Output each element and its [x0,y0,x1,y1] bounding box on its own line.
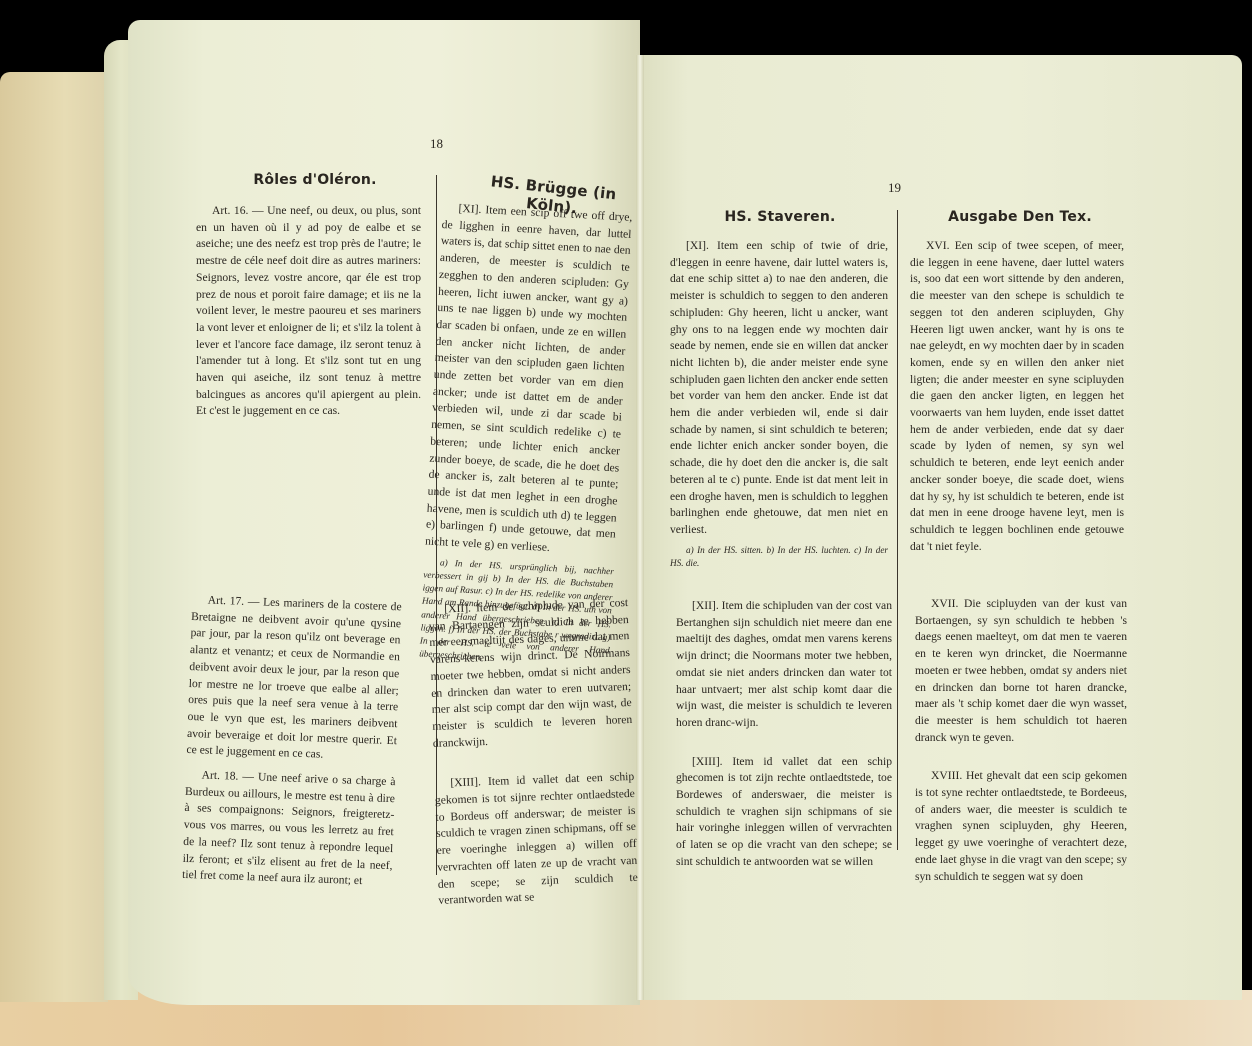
section-xvii-den-tex: XVII. Die scipluyden van der kust van Bo… [915,596,1127,746]
page-number-left: 18 [430,136,443,152]
column-hs-staveren: [XI]. Item een schip of twie of drie, d'… [670,238,888,570]
section-xi-brugge: [XI]. Item een scip off twe off drye, de… [425,200,633,560]
article-16: Art. 16. — Une neef, ou deux, ou plus, s… [196,203,421,420]
page-number-right: 19 [888,180,901,196]
section-xi-staveren: [XI]. Item een schip of twie of drie, d'… [670,238,888,539]
column-den-tex: XVI. Een scip of twee scepen, of meer, d… [910,238,1124,555]
section-xiii-staveren: [XIII]. Item id vallet dat een schip ghe… [676,754,892,871]
column-roles-oleron-lower: Art. 17. — Les mariners de la costere de… [182,592,402,891]
section-xii-brugge: [XII]. Item de schiplude van der cost va… [428,595,633,752]
column-den-tex-lower: XVII. Die scipluyden van der kust van Bo… [915,596,1127,885]
column-divider-right [897,210,898,850]
column-title-roles-oleron: Rôles d'Oléron. [200,172,430,188]
section-xviii-den-tex: XVIII. Het ghevalt dat een scip gekomen … [915,768,1127,885]
footnotes-staveren: a) In der HS. sitten. b) In der HS. luch… [670,544,888,570]
column-title-hs-staveren: HS. Staveren. [670,209,890,225]
section-xii-staveren: [XII]. Item die schipluden van der cost … [676,598,892,732]
column-roles-oleron: Art. 16. — Une neef, ou deux, ou plus, s… [196,203,421,420]
article-18: Art. 18. — Une neef arive o sa charge à … [182,767,396,891]
column-hs-staveren-lower: [XII]. Item die schipluden van der cost … [676,598,892,871]
article-17: Art. 17. — Les mariners de la costere de… [186,592,402,766]
section-xvi-den-tex: XVI. Een scip of twee scepen, of meer, d… [910,238,1124,555]
back-cover-page [0,72,108,1002]
column-hs-brugge-lower: [XII]. Item de schiplude van der cost va… [428,595,639,910]
column-title-den-tex: Ausgabe Den Tex. [910,209,1130,225]
section-xiii-brugge: [XIII]. Item id vallet dat een schip gek… [434,769,639,910]
